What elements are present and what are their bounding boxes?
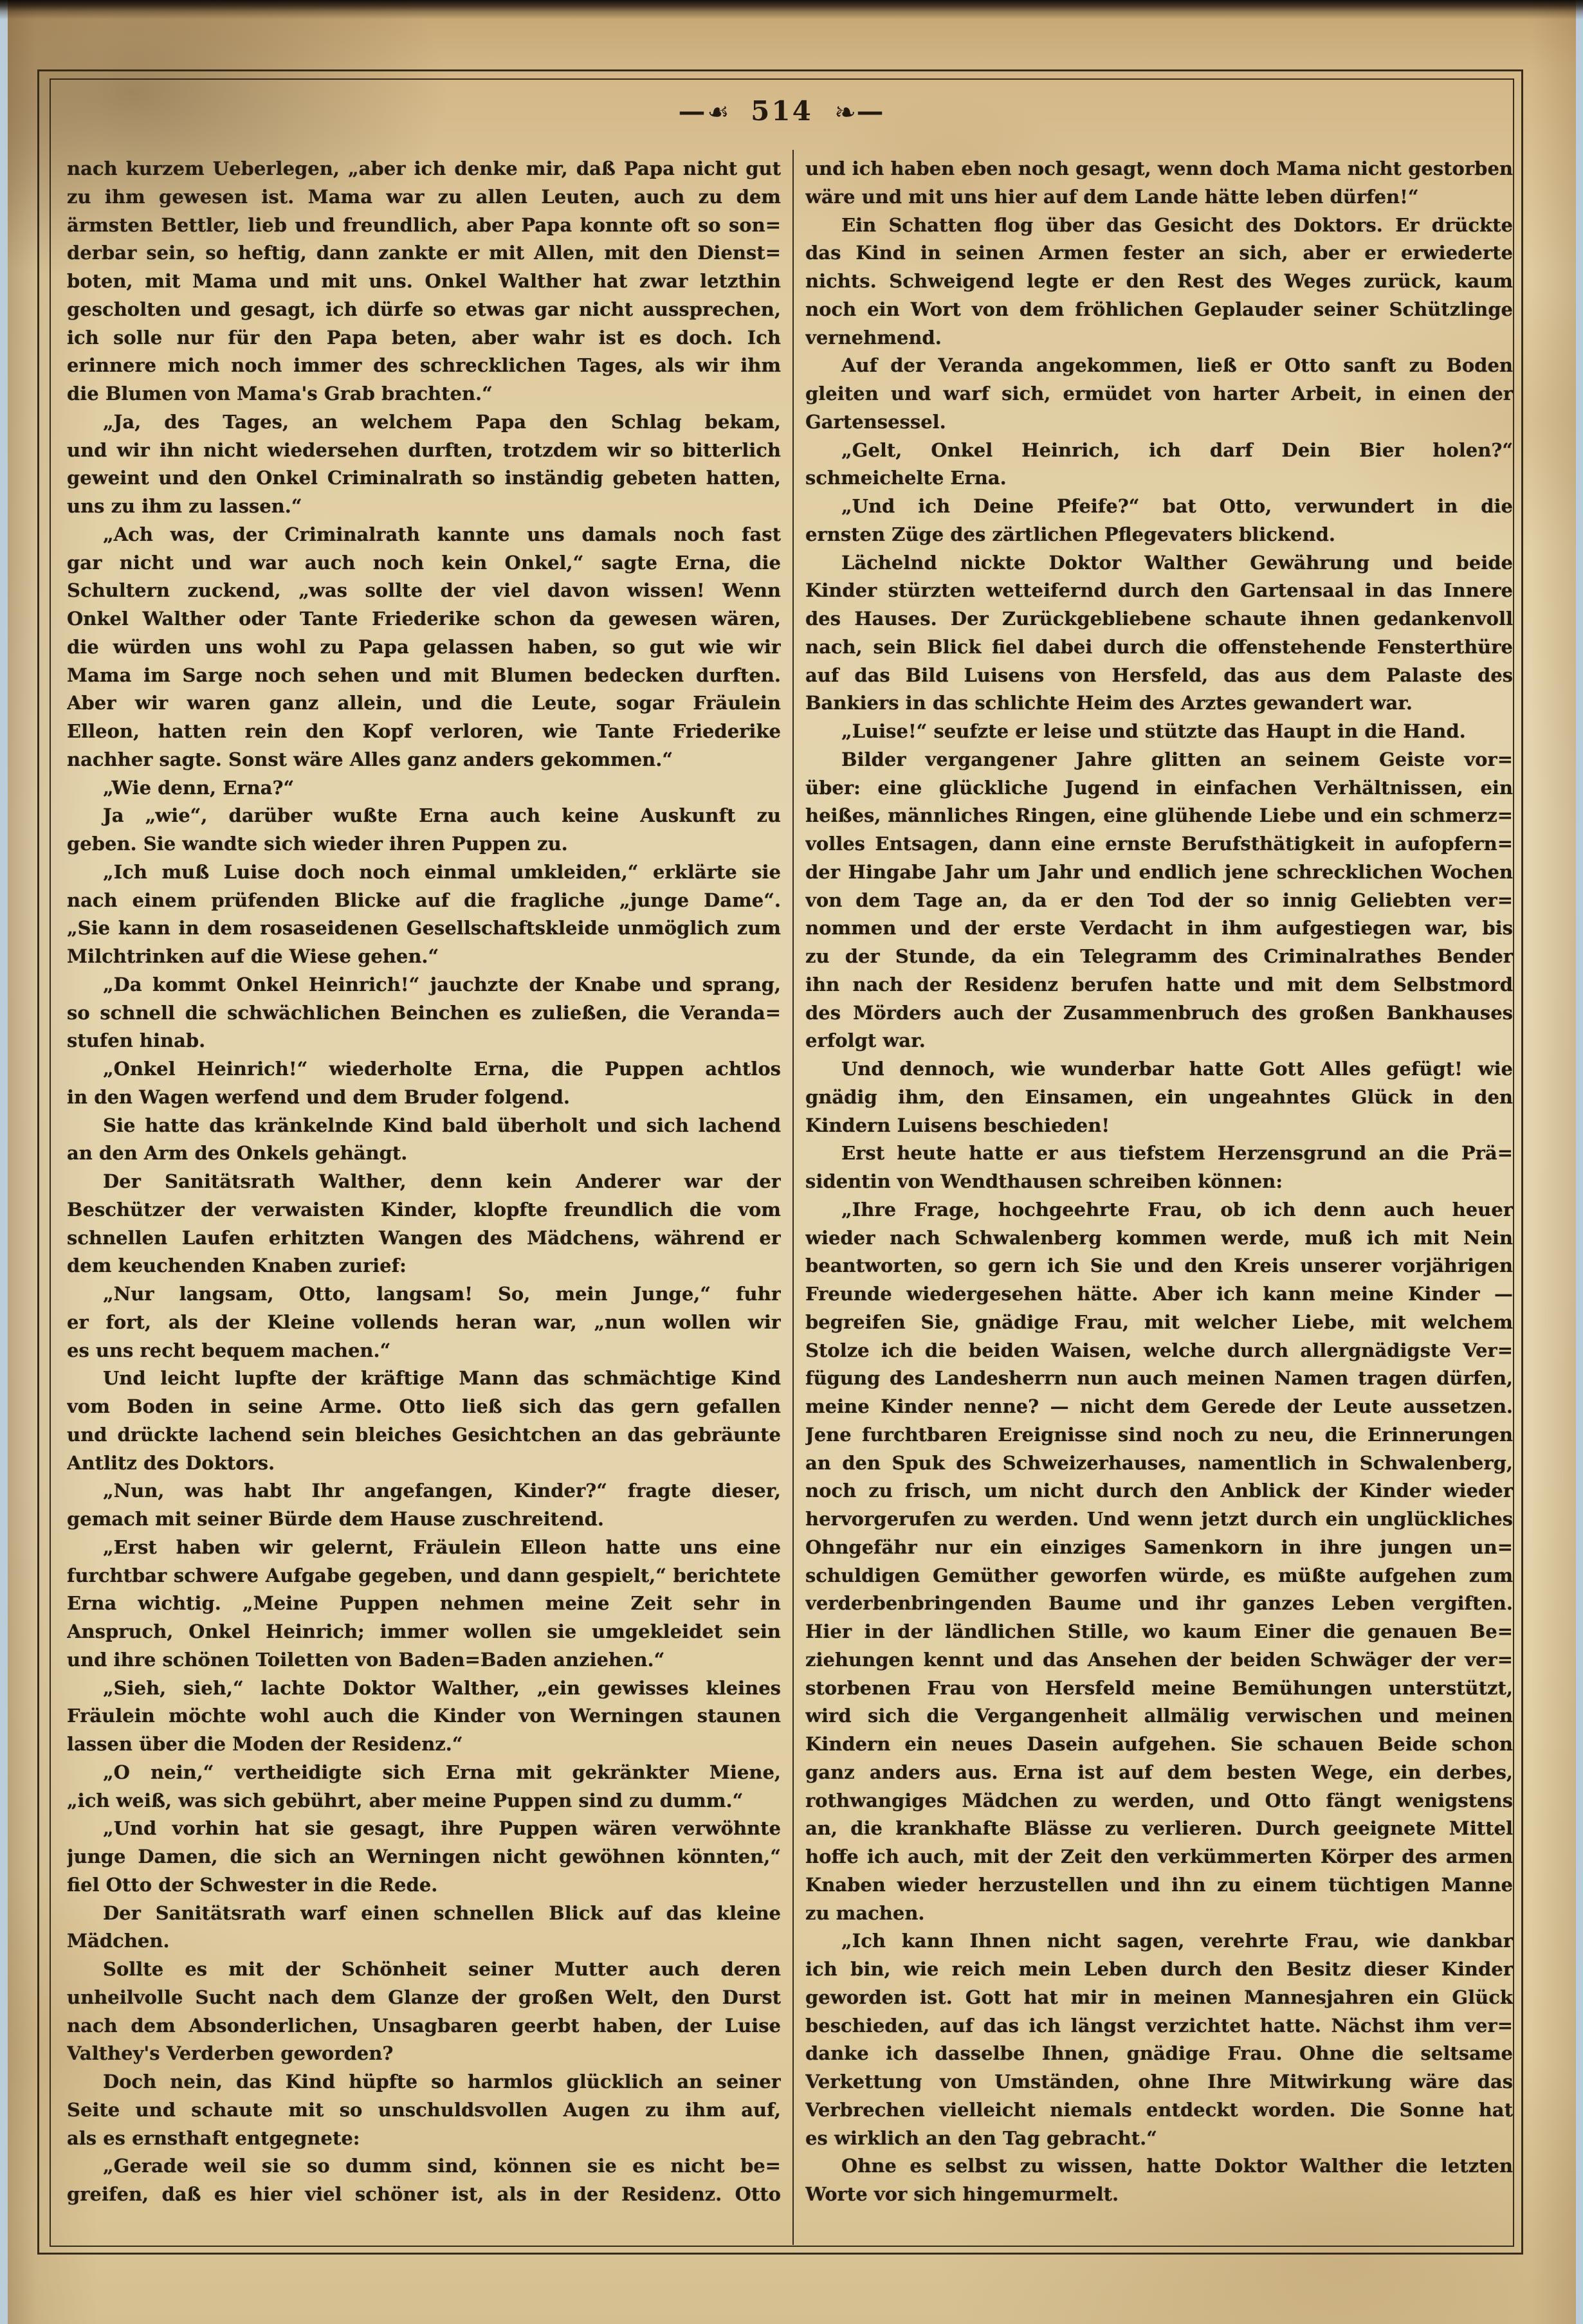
text-line: als es ernsthaft entgegnete: [67,2125,781,2153]
text-line: Ohngefähr nur ein einziges Samenkorn in … [805,1534,1513,1562]
column-divider-rule [792,150,794,2245]
text-line: ziehungen kennt und das Ansehen der beid… [805,1646,1513,1675]
text-line: schnellen Laufen erhitzten Wangen des Mä… [67,1224,781,1253]
text-line: erinnere mich noch immer des schrecklich… [67,352,781,380]
text-line: Erna wichtig. „Meine Puppen nehmen meine… [67,1590,781,1618]
text-line: Beschützer der verwaisten Kinder, klopft… [67,1196,781,1224]
text-line: Jene furchtbaren Ereignisse sind noch zu… [805,1421,1513,1449]
right-text-column: und ich haben eben noch gesagt, wenn doc… [805,155,1513,2209]
text-line: dem keuchenden Knaben zurief: [67,1252,781,1280]
text-line: geworden ist. Gott hat mir in meinen Man… [805,1984,1513,2012]
text-line: wieder nach Schwalenberg kommen werde, m… [805,1224,1513,1253]
text-line: nach dem Absonderlichen, Unsagbaren geer… [67,2012,781,2040]
text-line: Auf der Veranda angekommen, ließ er Otto… [805,352,1513,380]
text-line: ich bin, wie reich mein Leben durch den … [805,1956,1513,1984]
text-line: Onkel Walther oder Tante Friederike scho… [67,605,781,633]
floral-heart-left-icon: ☙ [707,98,729,126]
text-line: Fräulein möchte wohl auch die Kinder von… [67,1702,781,1730]
text-line: ich solle nur für den Papa beten, aber w… [67,324,781,352]
text-line: Kinder stürzten wetteifernd durch den Ga… [805,577,1513,605]
text-line: es uns recht bequem machen.“ [67,1337,781,1365]
text-line: gnädig ihm, den Einsamen, ein ungeahntes… [805,1084,1513,1112]
text-line: „Onkel Heinrich!“ wiederholte Erna, die … [67,1055,781,1084]
text-line: Erst heute hatte er aus tiefstem Herzens… [805,1139,1513,1168]
text-line: nommen und der erste Verdacht in ihm auf… [805,914,1513,943]
text-line: die Blumen von Mama's Grab brachten.“ [67,380,781,408]
text-line: gar nicht und war auch noch kein Onkel,“… [67,549,781,577]
text-line: fügung des Landesherrn nun auch meinen N… [805,1365,1513,1393]
text-line: „Wie denn, Erna?“ [67,774,781,803]
header-dash-left: — [678,95,707,127]
text-line: Valthey's Verderben geworden? [67,2040,781,2068]
text-line: geben. Sie wandte sich wieder ihren Pupp… [67,830,781,858]
text-line: die würden uns wohl zu Papa gelassen hab… [67,633,781,662]
text-line: zu machen. [805,1900,1513,1928]
text-line: rothwangiges Mädchen zu werden, und Otto… [805,1787,1513,1815]
text-line: meine Kinder nenne? — nicht dem Gerede d… [805,1393,1513,1421]
text-line: Mädchen. [67,1927,781,1956]
text-line: Schultern zuckend, „was sollte der viel … [67,577,781,605]
text-line: stufen hinab. [67,1027,781,1055]
text-line: nachher sagte. Sonst wäre Alles ganz and… [67,746,781,774]
text-line: des Hauses. Der Zurückgebliebene schaute… [805,605,1513,633]
text-line: Lächelnd nickte Doktor Walther Gewährung… [805,549,1513,577]
text-line: uns zu ihm zu lassen.“ [67,493,781,521]
text-line: „Da kommt Onkel Heinrich!“ jauchzte der … [67,971,781,999]
text-line: heißes, männliches Ringen, eine glühende… [805,802,1513,830]
header-dash-right: — [857,95,886,127]
text-line: vom Boden in seine Arme. Otto ließ sich … [67,1393,781,1421]
text-line: ganz anders aus. Erna ist auf dem besten… [805,1759,1513,1787]
text-line: Gartensessel. [805,408,1513,437]
text-line: „Erst haben wir gelernt, Fräulein Elleon… [67,1534,781,1562]
text-line: unheilvolle Sucht nach dem Glanze der gr… [67,1984,781,2012]
text-line: gleiten und warf sich, ermüdet von harte… [805,380,1513,408]
text-line: so schnell die schwächlichen Beinchen es… [67,999,781,1028]
text-line: auf das Bild Luisens von Hersfeld, das a… [805,662,1513,690]
text-line: Aber wir waren ganz allein, und die Leut… [67,689,781,718]
text-line: Knaben wieder herzustellen und ihn zu ei… [805,1871,1513,1900]
text-line: „Und ich Deine Pfeife?“ bat Otto, verwun… [805,493,1513,521]
text-line: boten, mit Mama und mit uns. Onkel Walth… [67,268,781,296]
text-line: verderbenbringenden Baume und ihr ganzes… [805,1590,1513,1618]
text-line: „Ich muß Luise doch noch einmal umkleide… [67,858,781,887]
text-line: wird sich die Vergangenheit allmälig ver… [805,1702,1513,1730]
text-line: nichts. Schweigend legte er den Rest des… [805,268,1513,296]
text-line: Antlitz des Doktors. [67,1449,781,1478]
text-line: wäre und mit uns hier auf dem Lande hätt… [805,183,1513,212]
text-line: Anspruch, Onkel Heinrich; immer wollen s… [67,1618,781,1646]
text-line: vernehmend. [805,324,1513,352]
text-line: erfolgt war. [805,1027,1513,1055]
text-line: Worte vor sich hingemurmelt. [805,2181,1513,2209]
text-line: und ihre schönen Toiletten von Baden=Bad… [67,1646,781,1675]
text-line: geweint und den Onkel Criminalrath so in… [67,464,781,493]
text-line: storbenen Frau von Hersfeld meine Bemühu… [805,1675,1513,1703]
text-line: „Nur langsam, Otto, langsam! So, mein Ju… [67,1280,781,1309]
text-line: Stolze ich die beiden Waisen, welche dur… [805,1337,1513,1365]
text-line: Ohne es selbst zu wissen, hatte Doktor W… [805,2152,1513,2181]
page-header: —☙ 514 ☙— [50,95,1514,127]
text-line: und ich haben eben noch gesagt, wenn doc… [805,155,1513,183]
text-line: beantworten, so gern ich Sie und den Kre… [805,1252,1513,1280]
text-line: furchtbar schwere Aufgabe gegeben, und d… [67,1562,781,1590]
text-line: Bilder vergangener Jahre glitten an sein… [805,746,1513,774]
text-line: Bankiers in das schlichte Heim des Arzte… [805,689,1513,718]
text-line: gescholten und gesagt, ich dürfe so etwa… [67,296,781,324]
left-text-column: nach kurzem Ueberlegen, „aber ich denke … [67,155,781,2209]
text-line: „Sieh, sieh,“ lachte Doktor Walther, „ei… [67,1675,781,1703]
text-line: der Hingabe Jahr um Jahr und endlich jen… [805,858,1513,887]
text-line: „Ich kann Ihnen nicht sagen, verehrte Fr… [805,1927,1513,1956]
text-line: Und dennoch, wie wunderbar hatte Gott Al… [805,1055,1513,1084]
text-line: hervorgerufen zu werden. Und wenn jetzt … [805,1505,1513,1534]
text-line: nach kurzem Ueberlegen, „aber ich denke … [67,155,781,183]
text-line: fiel Otto der Schwester in die Rede. [67,1871,781,1900]
text-line: begreifen Sie, gnädige Frau, mit welcher… [805,1309,1513,1337]
text-line: und drückte lachend sein bleiches Gesich… [67,1421,781,1449]
text-line: junge Damen, die sich an Werningen nicht… [67,1843,781,1871]
text-line: über: eine glückliche Jugend in einfache… [805,774,1513,803]
text-line: „Ja, des Tages, an welchem Papa den Schl… [67,408,781,437]
text-line: ernsten Züge des zärtlichen Pflegevaters… [805,521,1513,549]
text-line: nach, sein Blick fiel dabei durch die of… [805,633,1513,662]
text-line: noch zu frisch, um nicht durch den Anbli… [805,1477,1513,1505]
text-line: an, die krankhafte Blässe zu verlieren. … [805,1815,1513,1843]
text-line: Verbrechen vielleicht niemals entdeckt w… [805,2096,1513,2125]
text-line: Der Sanitätsrath warf einen schnellen Bl… [67,1900,781,1928]
text-line: und wir ihn nicht wiedersehen durften, t… [67,437,781,465]
scanned-book-page: { "page": { "number": "514", "dash": "\u… [0,0,1583,2324]
text-line: „Gelt, Onkel Heinrich, ich darf Dein Bie… [805,437,1513,465]
text-line: zu der Stunde, da ein Telegramm des Crim… [805,943,1513,971]
text-line: Seite und schaute mit so unschuldsvollen… [67,2096,781,2125]
text-line: „Nun, was habt Ihr angefangen, Kinder?“ … [67,1477,781,1505]
text-line: Kindern Luisens beschieden! [805,1112,1513,1140]
text-line: er fort, als der Kleine vollends heran w… [67,1309,781,1337]
text-line: Ein Schatten flog über das Gesicht des D… [805,212,1513,240]
text-line: lassen über die Moden der Residenz.“ [67,1730,781,1759]
text-line: „Ihre Frage, hochgeehrte Frau, ob ich de… [805,1196,1513,1224]
text-line: schmeichelte Erna. [805,464,1513,493]
text-line: das Kind in seinen Armen fester an sich,… [805,239,1513,268]
text-line: „Und vorhin hat sie gesagt, ihre Puppen … [67,1815,781,1843]
text-line: an den Arm des Onkels gehängt. [67,1139,781,1168]
text-line: „Sie kann in dem rosaseidenen Gesellscha… [67,914,781,943]
scan-edge-shadow [0,0,1583,19]
text-line: an den Spuk des Schweizerhauses, namentl… [805,1449,1513,1478]
text-line: derbar sein, so heftig, dann zankte er m… [67,239,781,268]
text-line: Verkettung von Umständen, ohne Ihre Mitw… [805,2068,1513,2096]
text-line: Kindern ein neues Dasein aufgehen. Sie s… [805,1730,1513,1759]
text-line: volles Entsagen, dann eine ernste Berufs… [805,830,1513,858]
text-line: Sie hatte das kränkelnde Kind bald überh… [67,1112,781,1140]
text-line: gemach mit seiner Bürde dem Hause zuschr… [67,1505,781,1534]
text-line: Freunde wiedergesehen hätte. Aber ich ka… [805,1280,1513,1309]
text-line: „ich weiß, was sich gebührt, aber meine … [67,1787,781,1815]
text-line: ihn nach der Residenz berufen hatte und … [805,971,1513,999]
text-line: schuldigen Gemüther geworfen würde, es m… [805,1562,1513,1590]
text-line: von dem Tage an, da er den Tod der so in… [805,887,1513,915]
text-line: beschieden, auf das ich längst verzichte… [805,2012,1513,2040]
text-line: Ja „wie“, darüber wußte Erna auch keine … [67,802,781,830]
text-line: Doch nein, das Kind hüpfte so harmlos gl… [67,2068,781,2096]
text-line: des Mörders auch der Zusammenbruch des g… [805,999,1513,1028]
text-line: es wirklich an den Tag gebracht.“ [805,2125,1513,2153]
text-line: noch ein Wort von dem fröhlichen Geplaud… [805,296,1513,324]
text-line: zu ihm gewesen ist. Mama war zu allen Le… [67,183,781,212]
text-line: hoffe ich auch, mit der Zeit den verkümm… [805,1843,1513,1871]
text-line: Und leicht lupfte der kräftige Mann das … [67,1365,781,1393]
text-line: Elleon, hatten rein den Kopf verloren, w… [67,718,781,746]
text-line: danke ich dasselbe Ihnen, gnädige Frau. … [805,2040,1513,2068]
floral-heart-right-icon: ☙ [834,98,856,126]
text-line: „Ach was, der Criminalrath kannte uns da… [67,521,781,549]
text-line: „O nein,“ vertheidigte sich Erna mit gek… [67,1759,781,1787]
text-line: „Gerade weil sie so dumm sind, können si… [67,2152,781,2181]
text-line: „Luise!“ seufzte er leise und stützte da… [805,718,1513,746]
text-line: Hier in der ländlichen Stille, wo kaum E… [805,1618,1513,1646]
text-line: Der Sanitätsrath Walther, denn kein Ande… [67,1168,781,1196]
page-number: 514 [740,95,823,127]
text-line: Mama im Sarge noch sehen und mit Blumen … [67,662,781,690]
text-line: in den Wagen werfend und dem Bruder folg… [67,1084,781,1112]
text-line: sidentin von Wendthausen schreiben könne… [805,1168,1513,1196]
text-line: nach einem prüfenden Blicke auf die frag… [67,887,781,915]
text-line: Milchtrinken auf die Wiese gehen.“ [67,943,781,971]
text-line: Sollte es mit der Schönheit seiner Mutte… [67,1956,781,1984]
text-line: ärmsten Bettler, lieb und freundlich, ab… [67,212,781,240]
text-line: greifen, daß es hier viel schöner ist, a… [67,2181,781,2209]
